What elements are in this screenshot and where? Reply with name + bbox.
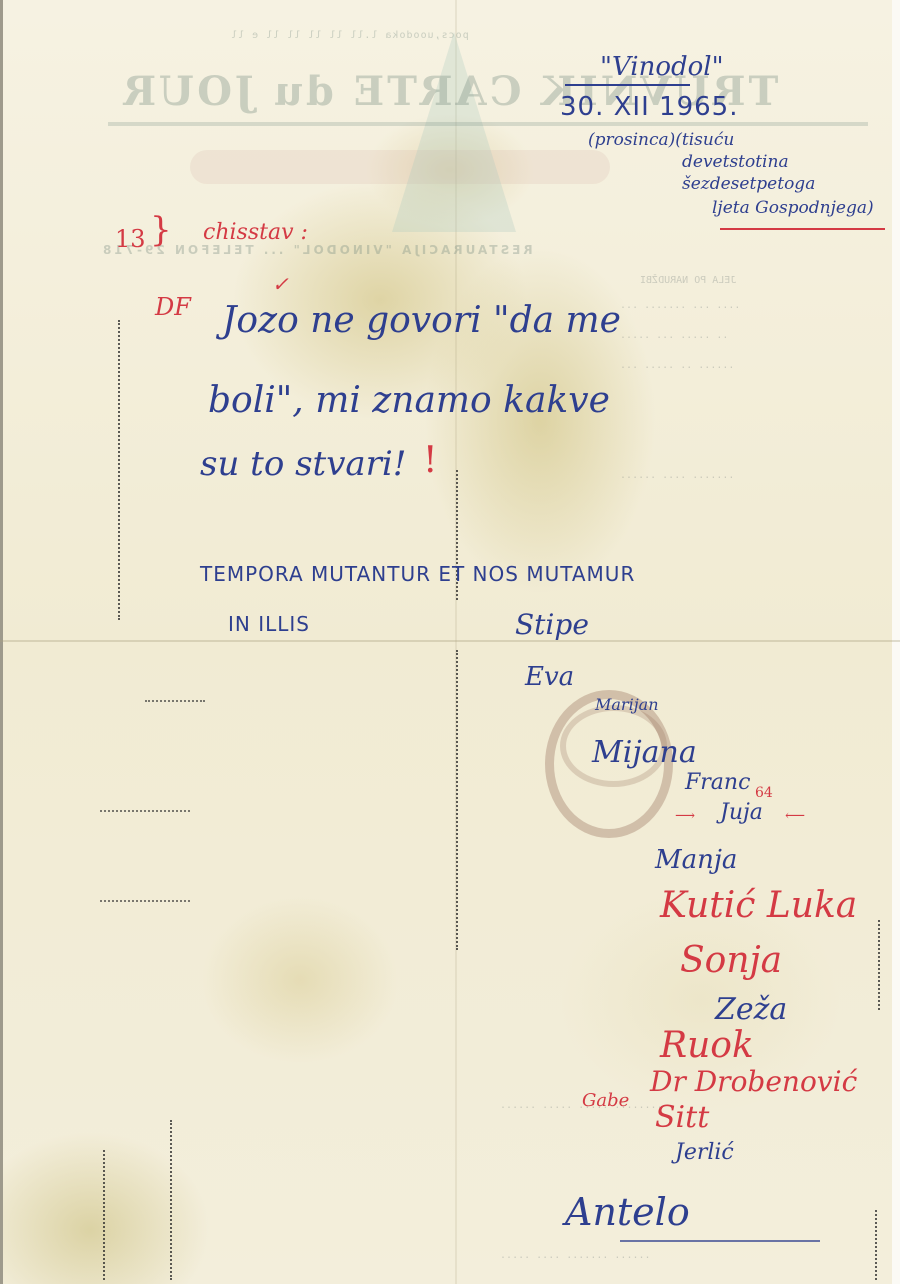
message-line-3: su to stvari! xyxy=(200,444,406,484)
dotted-leader xyxy=(170,1120,172,1280)
brace-icon: } xyxy=(150,210,172,250)
signature: Gabe xyxy=(582,1090,629,1111)
signature-underline xyxy=(620,1240,820,1242)
checkmark-icon: ✓ xyxy=(272,272,289,296)
signature: Eva xyxy=(525,662,574,692)
logo-triangle-icon xyxy=(392,32,516,232)
signature: Antelo xyxy=(565,1190,690,1234)
printed-address: pocs,uoodoka l.ll ll ll ll ll e ll xyxy=(230,30,469,41)
quote-line-2: IN ILLIS xyxy=(228,612,310,636)
dotted-leader xyxy=(456,650,458,950)
margin-number: 13 xyxy=(115,225,146,253)
signature: Kutić Luka xyxy=(660,885,857,926)
fold-line-horizontal xyxy=(0,640,900,642)
margin-initials: DF xyxy=(155,293,191,321)
signature: Sitt xyxy=(655,1100,709,1135)
printed-line: ...... .. ..... ... xyxy=(620,360,734,371)
printed-line: ....... .... ...... xyxy=(620,470,734,481)
signature: 64 xyxy=(755,785,773,801)
date-red-underline xyxy=(720,228,885,230)
arrow-right-icon: ⟶ xyxy=(675,808,695,824)
dotted-leader xyxy=(875,1210,877,1280)
signature: Mijana xyxy=(592,735,697,770)
printed-line: .... ... ....... ... xyxy=(620,300,740,311)
red-exclamation: ! xyxy=(423,440,437,481)
dotted-leader xyxy=(100,900,190,902)
margin-note-text: chisstav : xyxy=(203,220,308,245)
dotted-leader xyxy=(100,810,190,812)
dotted-leader xyxy=(103,1150,105,1280)
scan-right-edge xyxy=(892,0,900,1284)
signature: Sonja xyxy=(680,940,782,981)
message-line-2: boli", mi znamo kakve xyxy=(208,380,610,421)
signature: Dr Drobenović xyxy=(650,1065,857,1098)
note-date-words-4: ljeta Gospodnjega) xyxy=(712,198,874,218)
dotted-leader xyxy=(145,700,205,702)
signature: Ruok xyxy=(660,1025,754,1066)
signature: Manja xyxy=(655,845,737,875)
place-underline xyxy=(565,84,690,86)
note-place: "Vinodol" xyxy=(600,52,724,82)
signature: Stipe xyxy=(515,608,589,641)
scan-left-edge xyxy=(0,0,3,1284)
note-date-words-1: (prosinca)(tisuću xyxy=(588,130,734,150)
printed-rule xyxy=(108,122,868,126)
message-line-1: Jozo ne govori "da me xyxy=(222,300,621,341)
printed-line: .. ..... ... ..... xyxy=(620,330,728,341)
quote-line-1: TEMPORA MUTANTUR ET NOS MUTAMUR xyxy=(200,562,635,586)
printed-menu-header: JELA PO NARUDŽBI xyxy=(640,275,736,286)
printed-line: ...... ....... .... ..... xyxy=(500,1250,651,1261)
signature: Franc xyxy=(685,770,750,795)
note-date: 30. XII 1965. xyxy=(560,92,738,122)
note-date-words-2: devetstotina xyxy=(682,152,789,172)
dotted-leader xyxy=(878,920,880,1010)
note-date-words-3: šezdesetpetoga xyxy=(682,174,815,194)
dotted-leader xyxy=(118,320,120,620)
arrow-left-icon: ⟵ xyxy=(785,808,805,824)
signature: Jerlić xyxy=(675,1140,734,1165)
signature: Juja xyxy=(720,800,763,825)
signature: Marijan xyxy=(595,695,659,714)
signature: Zeža xyxy=(715,992,787,1027)
